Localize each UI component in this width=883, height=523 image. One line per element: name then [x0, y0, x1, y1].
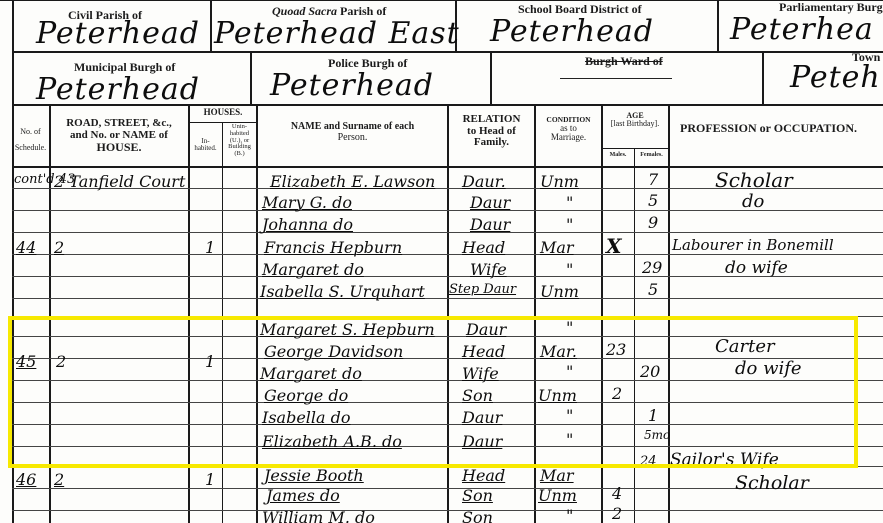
condition-cell: "	[566, 406, 573, 425]
school-board-value: Peterhead	[490, 14, 654, 49]
col-condition-header: CONDITIONas toMarriage.	[536, 116, 601, 143]
condition-cell: Mar	[540, 238, 574, 257]
condition-cell: Unm	[538, 486, 577, 505]
occupation-cell: Carter	[715, 336, 775, 357]
occupation-cell: Scholar	[715, 168, 793, 192]
town-value: Peteh	[790, 60, 881, 95]
name-cell: Mary G. do	[262, 193, 352, 212]
name-cell: Elizabeth E. Lawson	[270, 172, 435, 191]
row-rule	[12, 380, 883, 381]
row-rule	[12, 446, 883, 447]
age-male-cell: X	[606, 234, 622, 258]
occupation-cell: do wife	[735, 358, 802, 379]
name-cell: Jessie Booth	[264, 466, 364, 485]
relation-cell: Wife	[462, 364, 499, 383]
relation-cell: Daur	[462, 432, 502, 451]
divider	[250, 52, 252, 105]
col-uninhabited-header: Unin-habited(U.), orBuilding(B.)	[223, 124, 256, 158]
col-address-header: ROAD, STREET, &c.,and No. or NAME ofHOUS…	[50, 118, 188, 154]
relation-cell: Daur.	[462, 172, 506, 191]
age-female-cell: 5mo	[644, 428, 670, 442]
row-rule	[12, 232, 883, 233]
col-age-header: AGE[last Birthday].	[602, 112, 668, 129]
relation-cell: Daur	[462, 408, 502, 427]
age-male-cell: 2	[612, 384, 622, 403]
relation-cell: Step Daur	[449, 282, 516, 297]
inhabited-cell: 1	[205, 238, 215, 257]
inhabited-cell: 1	[205, 470, 215, 489]
relation-cell: Head	[462, 238, 505, 257]
age-female-cell: 24	[640, 454, 657, 469]
age-female-cell: 5	[648, 280, 658, 299]
condition-cell: "	[566, 260, 573, 279]
relation-cell: Son	[462, 486, 493, 505]
condition-cell: Unm	[540, 282, 579, 301]
name-cell: Isabella do	[262, 408, 351, 427]
address-cell: 2	[54, 470, 64, 489]
condition-cell: Mar	[540, 466, 574, 485]
divider	[490, 52, 492, 105]
police-burgh-value: Peterhead	[270, 68, 434, 103]
col-occupation-header: PROFESSION or OCCUPATION.	[680, 122, 880, 135]
age-female-cell: 20	[640, 362, 660, 381]
relation-cell: Daur	[466, 320, 506, 339]
header-rule	[12, 51, 883, 53]
condition-cell: "	[566, 362, 573, 381]
divider	[210, 0, 212, 52]
civil-parish-value: Peterhead	[36, 16, 200, 51]
divider	[717, 0, 719, 52]
age-female-cell: 9	[648, 213, 658, 232]
occupation-cell: do	[742, 191, 764, 212]
col-age-males-header: Males.	[602, 152, 634, 158]
quoad-sacra-value: Peterhead East	[214, 16, 460, 51]
age-female-cell: 29	[642, 258, 662, 277]
schedule-cell: 44	[16, 238, 36, 257]
occupation-cell: do wife	[725, 258, 788, 278]
age-female-cell: 5	[648, 191, 658, 210]
burgh-ward-label: Burgh Ward of	[585, 54, 663, 69]
condition-cell: "	[566, 215, 573, 234]
address-cell: 2	[54, 238, 64, 257]
col-inhabited-header: In-habited.	[189, 138, 222, 153]
address-cell: 2	[56, 352, 66, 371]
schedule-cell: 45	[16, 352, 36, 371]
row-rule	[12, 316, 883, 317]
relation-cell: Daur	[470, 215, 510, 234]
condition-cell: "	[566, 506, 573, 523]
relation-cell: Wife	[470, 260, 507, 279]
name-cell: Margaret do	[262, 260, 364, 279]
name-cell: Isabella S. Urquhart	[260, 282, 425, 301]
age-rule	[601, 148, 668, 149]
name-cell: Francis Hepburn	[264, 238, 402, 257]
row-rule	[12, 402, 883, 403]
name-cell: George Davidson	[264, 342, 403, 361]
name-cell: William M. do	[262, 508, 375, 523]
age-female-cell: 7	[648, 170, 658, 189]
col-relation-header: RELATIONto Head ofFamily.	[449, 114, 534, 149]
row-rule	[12, 424, 883, 425]
inhabited-cell: 1	[205, 352, 215, 371]
occupation-cell: Scholar	[735, 472, 809, 494]
relation-cell: Son	[462, 508, 493, 523]
occupation-cell: Sailor's Wife	[670, 450, 779, 470]
divider	[762, 52, 764, 105]
top-edge	[0, 0, 883, 1]
name-cell: Margaret do	[260, 364, 362, 383]
age-male-cell: 4	[612, 484, 622, 503]
age-female-cell: 1	[648, 406, 658, 425]
condition-cell: Unm	[540, 172, 579, 191]
address-cell: 2 Tanfield Court	[54, 172, 185, 191]
condition-cell: "	[566, 318, 573, 337]
name-cell: James do	[266, 486, 340, 505]
name-cell: Margaret S. Hepburn	[260, 320, 435, 339]
condition-cell: Unm	[538, 386, 577, 405]
row-rule	[12, 298, 883, 299]
name-cell: Johanna do	[262, 215, 353, 234]
condition-cell: Mar.	[540, 342, 577, 361]
col-name-header: NAME and Surname of eachPerson.	[258, 122, 447, 143]
row-rule	[12, 254, 883, 255]
occupation-cell: Labourer in Bonemill	[672, 236, 834, 254]
row-rule	[12, 510, 883, 511]
burgh-ward-blank-line	[560, 78, 672, 79]
col-houses-header: HOUSES.	[190, 108, 256, 117]
schedule-cell: 46	[16, 470, 36, 489]
census-page: Civil Parish of Peterhead Quoad Sacra Pa…	[0, 0, 883, 523]
name-cell: Elizabeth A.B. do	[262, 432, 402, 451]
col-line	[222, 122, 223, 523]
relation-cell: Head	[462, 466, 505, 485]
relation-cell: Daur	[470, 193, 510, 212]
condition-cell: "	[566, 193, 573, 212]
municipal-burgh-value: Peterhead	[36, 72, 200, 107]
relation-cell: Head	[462, 342, 505, 361]
relation-cell: Son	[462, 386, 493, 405]
condition-cell: "	[566, 430, 573, 449]
age-male-cell: 2	[612, 504, 622, 523]
age-male-cell: 23	[606, 340, 626, 359]
col-age-females-header: Females.	[635, 152, 668, 158]
col-schedule-header: No. ofSchedule.	[12, 128, 49, 153]
parliamentary-burgh-value: Peterhea	[730, 12, 874, 47]
name-cell: George do	[264, 386, 348, 405]
